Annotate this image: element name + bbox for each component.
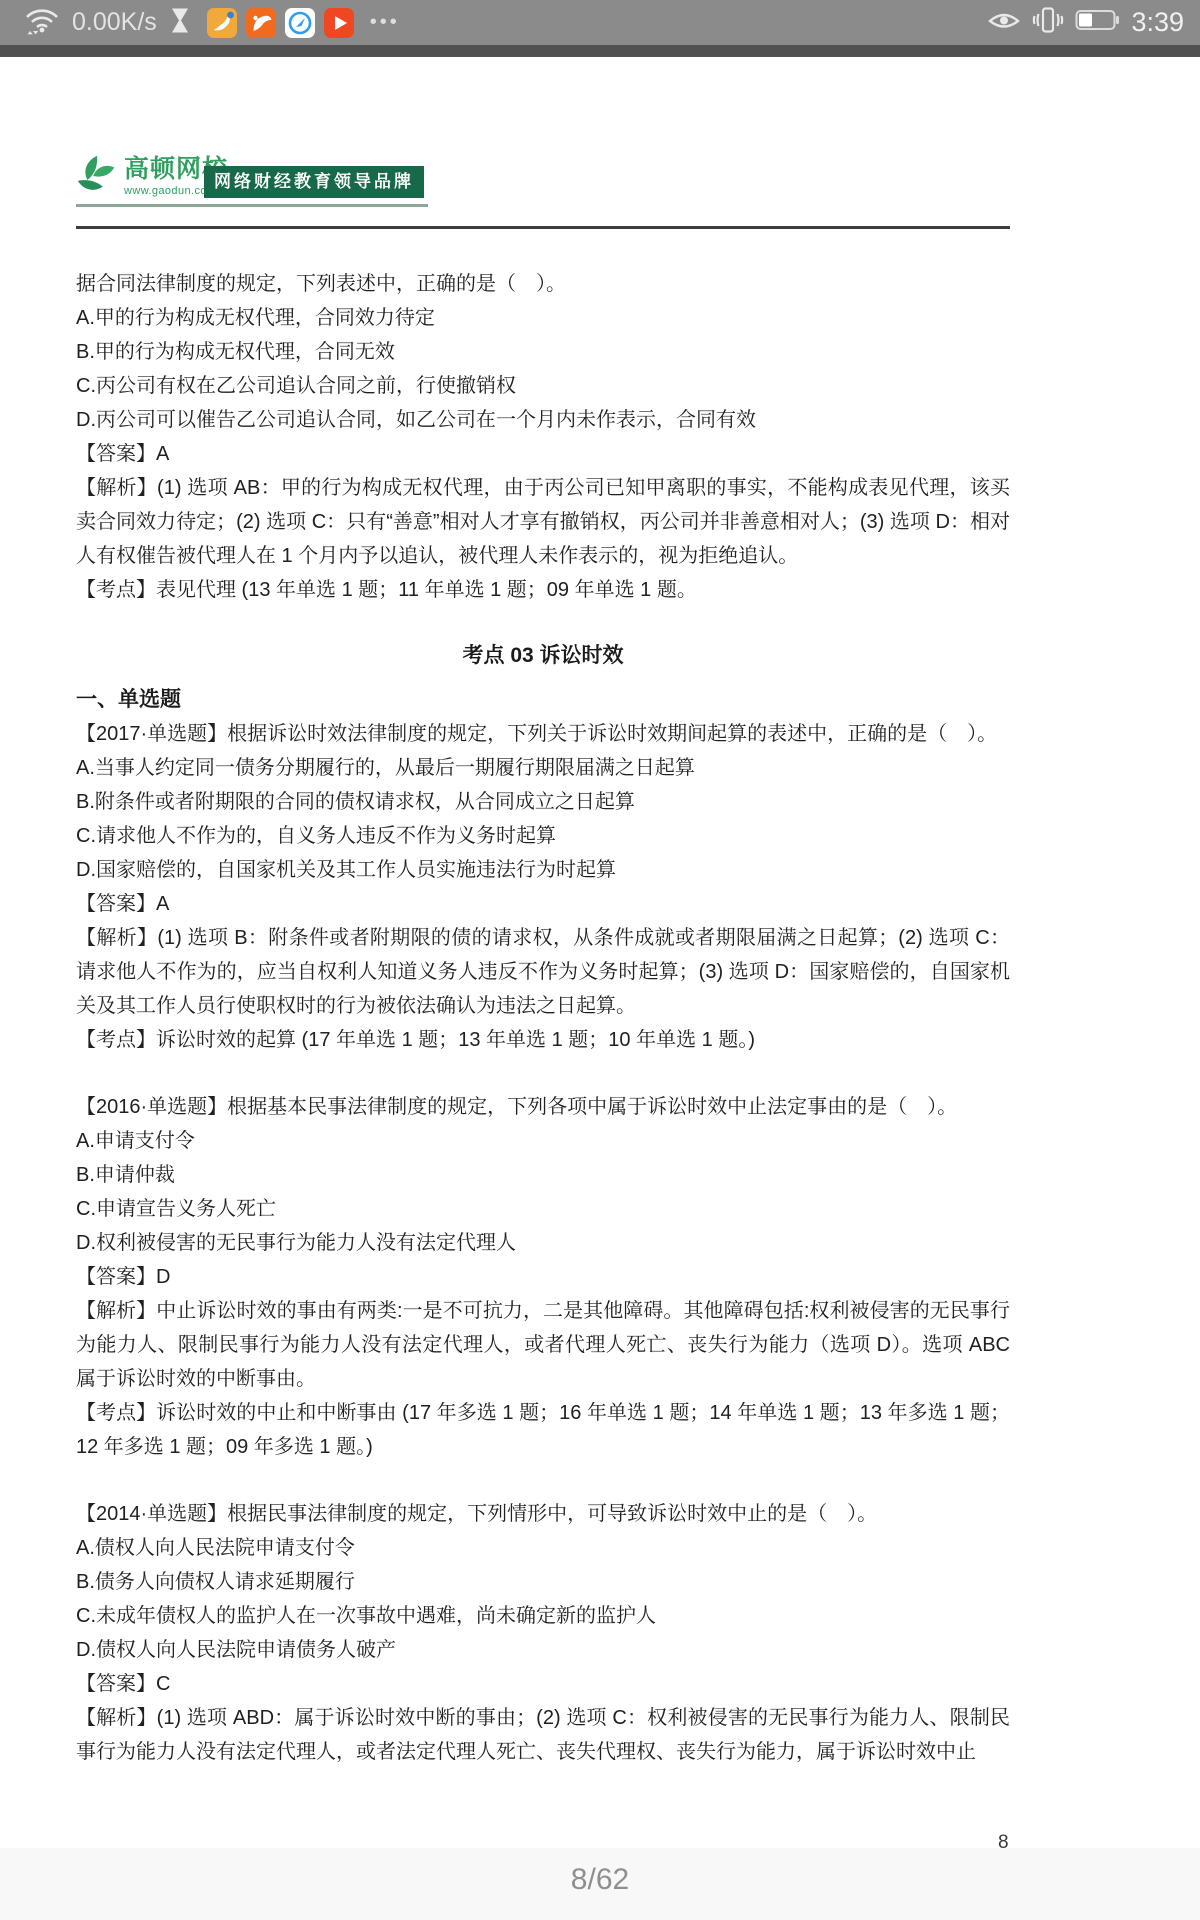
pdf-page[interactable]: 高顿网校 www.gaodun.com 网络财经教育领导品牌 据合同法律制度的规… [0,57,1200,1920]
option-b: B.债务人向债权人请求延期履行 [76,1565,1010,1599]
document-content: 据合同法律制度的规定，下列表述中，正确的是（ ）。 A.甲的行为构成无权代理，合… [76,267,1010,1769]
analysis-paragraph: 【解析】(1) 选项 AB：甲的行为构成无权代理，由于丙公司已知甲离职的事实，不… [76,471,1010,573]
keypoint-paragraph: 【考点】诉讼时效的起算 (17 年单选 1 题；13 年单选 1 题；10 年单… [76,1023,1010,1057]
option-d: D.国家赔偿的，自国家机关及其工作人员实施违法行为时起算 [76,853,1010,887]
more-notifications-icon: ••• [370,11,400,34]
status-bar: 0.00K/s ••• [0,0,1200,45]
play-app-icon [324,8,354,38]
question-stem: 【2016·单选题】根据基本民事法律制度的规定，下列各项中属于诉讼时效中止法定事… [76,1090,1010,1124]
answer-line: 【答案】C [76,1667,1010,1701]
notification-app-icons [207,8,354,38]
battery-icon [1075,8,1120,37]
question-stem: 【2014·单选题】根据民事法律制度的规定，下列情形中，可导致诉讼时效中止的是（… [76,1497,1010,1531]
option-c: C.未成年债权人的监护人在一次事故中遇难，尚未确定新的监护人 [76,1599,1010,1633]
eye-protection-icon [987,7,1021,38]
question-block-lead: 据合同法律制度的规定，下列表述中，正确的是（ ）。 A.甲的行为构成无权代理，合… [76,267,1010,607]
page-indicator: 8/62 [571,1863,629,1896]
option-d: D.债权人向人民法院申请债务人破产 [76,1633,1010,1667]
option-d: D.权利被侵害的无民事行为能力人没有法定代理人 [76,1226,1010,1260]
question-block-2014: 【2014·单选题】根据民事法律制度的规定，下列情形中，可导致诉讼时效中止的是（… [76,1497,1010,1769]
hourglass-icon [169,7,191,39]
option-a: A.当事人约定同一债务分期履行的，从最后一期履行期限届满之日起算 [76,751,1010,785]
vibrate-icon [1032,5,1064,40]
compass-app-icon [285,8,315,38]
viewer-top-edge [0,45,1200,57]
option-b: B.申请仲裁 [76,1158,1010,1192]
subsection-heading: 一、单选题 [76,683,1010,717]
clock-time: 3:39 [1131,7,1184,38]
amber-app-icon [207,8,237,38]
uc-browser-icon [246,8,276,38]
gaodun-logo-icon [74,153,120,206]
answer-line: 【答案】D [76,1260,1010,1294]
header-rule-dark [76,226,1010,229]
analysis-paragraph: 【解析】(1) 选项 B：附条件或者附期限的债的请求权，从条件成就或者期限届满之… [76,921,1010,1023]
analysis-paragraph: 【解析】(1) 选项 ABD：属于诉讼时效中断的事由；(2) 选项 C：权利被侵… [76,1701,1010,1769]
analysis-paragraph: 【解析】中止诉讼时效的事由有两类:一是不可抗力，二是其他障碍。其他障碍包括:权利… [76,1294,1010,1396]
network-speed: 0.00K/s [72,8,157,37]
option-a: A.甲的行为构成无权代理，合同效力待定 [76,301,1010,335]
option-c: C.申请宣告义务人死亡 [76,1192,1010,1226]
question-stem: 据合同法律制度的规定，下列表述中，正确的是（ ）。 [76,267,1010,301]
header-rule-green [76,204,428,207]
answer-line: 【答案】A [76,437,1010,471]
section-heading: 考点 03 诉讼时效 [76,639,1010,673]
option-c: C.请求他人不作为的，自义务人违反不作为义务时起算 [76,819,1010,853]
wifi-icon [24,4,60,41]
pager-bar: 8/62 [0,1848,1200,1920]
option-a: A.申请支付令 [76,1124,1010,1158]
option-c: C.丙公司有权在乙公司追认合同之前，行使撤销权 [76,369,1010,403]
question-block-2017: 【2017·单选题】根据诉讼时效法律制度的规定，下列关于诉讼时效期间起算的表述中… [76,717,1010,1057]
keypoint-paragraph: 【考点】诉讼时效的中止和中断事由 (17 年多选 1 题；16 年单选 1 题；… [76,1396,1010,1464]
phone-screen: { "status_bar": { "network_speed": "0.00… [0,0,1200,1920]
status-bar-right: 3:39 [987,5,1184,40]
brand-tagline-badge: 网络财经教育领导品牌 [204,166,424,198]
option-d: D.丙公司可以催告乙公司追认合同，如乙公司在一个月内未作表示，合同有效 [76,403,1010,437]
option-b: B.甲的行为构成无权代理，合同无效 [76,335,1010,369]
question-stem: 【2017·单选题】根据诉讼时效法律制度的规定，下列关于诉讼时效期间起算的表述中… [76,717,1010,751]
option-b: B.附条件或者附期限的合同的债权请求权，从合同成立之日起算 [76,785,1010,819]
option-a: A.债权人向人民法院申请支付令 [76,1531,1010,1565]
question-block-2016: 【2016·单选题】根据基本民事法律制度的规定，下列各项中属于诉讼时效中止法定事… [76,1090,1010,1464]
keypoint-paragraph: 【考点】表见代理 (13 年单选 1 题；11 年单选 1 题；09 年单选 1… [76,573,1010,607]
answer-line: 【答案】A [76,887,1010,921]
